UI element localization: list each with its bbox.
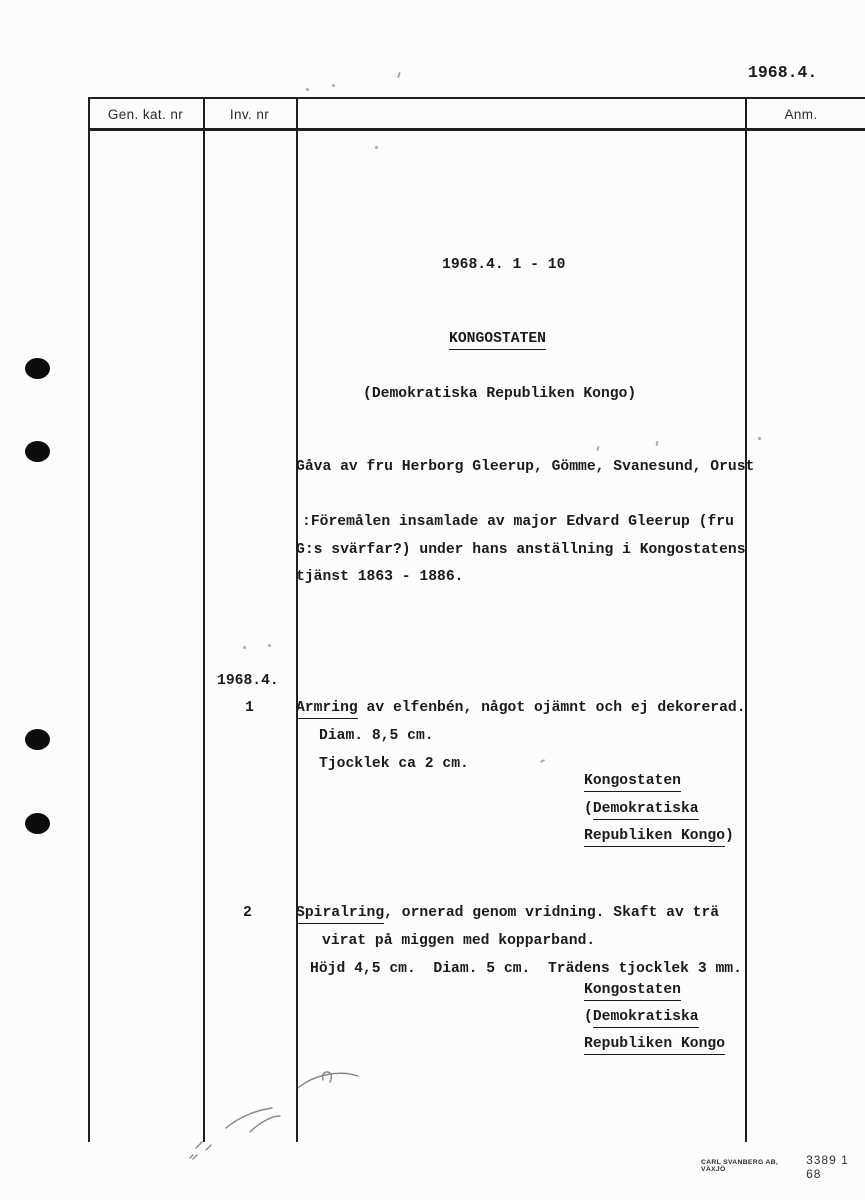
scan-speck (268, 644, 271, 647)
item1-origin2-pre: ( (584, 801, 593, 817)
hole-punch-dot (25, 813, 50, 834)
item2-origin1-underlined: Kongostaten (584, 981, 681, 1001)
item2-measure-line: Höjd 4,5 cm. Diam. 5 cm. Trädens tjockle… (310, 960, 742, 978)
item1-origin-line2: (Demokratiska (584, 800, 699, 820)
column-header-gen-kat-nr: Gen. kat. nr (88, 107, 203, 123)
scan-speck (758, 437, 761, 440)
item2-inventory-number: 2 (243, 904, 252, 922)
pencil-scribble (180, 1046, 380, 1161)
provenance-note-line3: tjänst 1863 - 1886. (296, 568, 463, 586)
provenance-note-line2: G:s svärfar?) under hans anställning i K… (296, 541, 746, 559)
scan-speck (243, 646, 246, 649)
item1-origin-line3: Republiken Kongo) (584, 827, 734, 847)
item2-origin-line1: Kongostaten (584, 981, 681, 1001)
hole-punch-dot (25, 441, 50, 462)
item1-description-line1: Armring av elfenbén, något ojämnt och ej… (296, 699, 746, 719)
scan-speck (332, 84, 335, 87)
item2-origin-line2: (Demokratiska (584, 1008, 699, 1028)
item2-term: Spiralring (296, 904, 384, 924)
column-divider-genkat-inv (203, 97, 205, 1142)
item1-term: Armring (296, 699, 358, 719)
scan-speck (397, 72, 401, 78)
scan-speck (655, 441, 658, 446)
column-divider-body-anm (745, 97, 747, 1142)
collection-subtitle: (Demokratiska Republiken Kongo) (363, 385, 636, 403)
provenance-note-line1: :Föremålen insamlade av major Edvard Gle… (302, 513, 734, 531)
item2-description-line2: virat på miggen med kopparband. (322, 932, 595, 950)
printer-mark: CARL SVANBERG AB, VÄXJÖ 3389 1 68 (701, 1153, 865, 1181)
item1-measure-diameter: Diam. 8,5 cm. (319, 727, 434, 745)
hole-punch-dot (25, 358, 50, 379)
scan-speck (540, 759, 545, 763)
item1-origin1-underlined: Kongostaten (584, 772, 681, 792)
table-left-border (88, 97, 90, 1142)
column-divider-inv-body (296, 97, 298, 1142)
page-reference: 1968.4. (748, 64, 817, 82)
printer-name: CARL SVANBERG AB, VÄXJÖ (701, 1159, 799, 1173)
item1-inventory-number: 1 (245, 699, 254, 717)
collection-title: KONGOSTATEN (449, 330, 546, 350)
item2-description-line1: Spiralring, ornerad genom vridning. Skaf… (296, 904, 719, 924)
item2-origin2-pre: ( (584, 1009, 593, 1025)
column-header-inv-nr: Inv. nr (203, 107, 296, 123)
item1-origin-line1: Kongostaten (584, 772, 681, 792)
column-header-anm: Anm. (745, 107, 857, 123)
scan-speck (375, 146, 378, 149)
scan-speck (306, 88, 309, 91)
item2-description-rest: , ornerad genom vridning. Skaft av trä (384, 905, 719, 921)
item2-origin-line3: Republiken Kongo (584, 1035, 725, 1055)
accession-range: 1968.4. 1 - 10 (442, 256, 565, 274)
item1-inventory-year: 1968.4. (217, 672, 279, 690)
item2-origin3-underlined: Republiken Kongo (584, 1035, 725, 1055)
item1-origin3-underlined: Republiken Kongo (584, 827, 725, 847)
catalog-card-page: 1968.4. Gen. kat. nr Inv. nr Anm. 1968.4… (0, 0, 865, 1200)
collection-title-text: KONGOSTATEN (449, 330, 546, 350)
item1-description-rest: av elfenbén, något ojämnt och ej dekorer… (358, 700, 746, 716)
item1-origin3-post: ) (725, 828, 734, 844)
item2-origin2-underlined: Demokratiska (593, 1008, 699, 1028)
hole-punch-dot (25, 729, 50, 750)
printer-form-code: 3389 1 68 (806, 1153, 865, 1181)
item1-origin2-underlined: Demokratiska (593, 800, 699, 820)
scan-speck (596, 446, 599, 451)
item1-measure-thickness: Tjocklek ca 2 cm. (319, 755, 469, 773)
donor-line: Gåva av fru Herborg Gleerup, Gömme, Svan… (296, 458, 754, 476)
